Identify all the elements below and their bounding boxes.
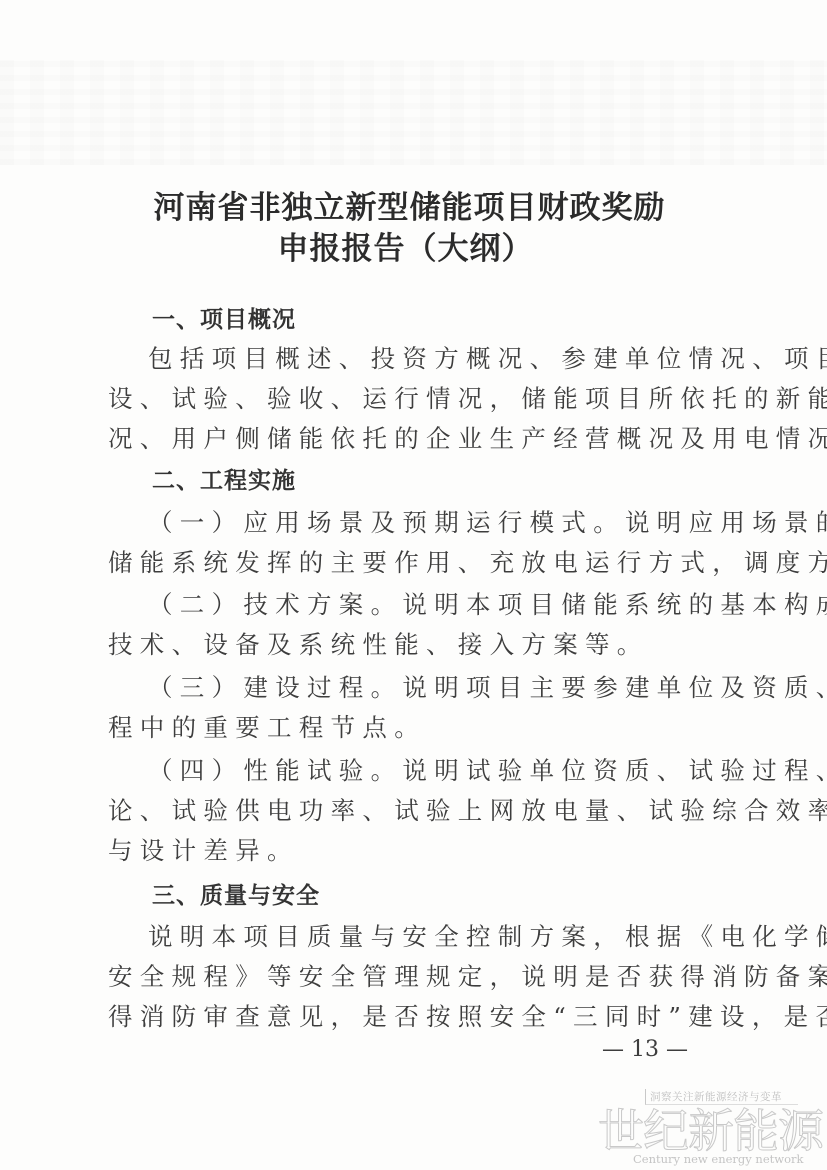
section-heading-project-overview: 一、项目概况: [152, 305, 296, 335]
section-heading-engineering: 二、工程实施: [152, 466, 296, 496]
paragraph-line: 得消防审查意见，是否按照安全“三同时”建设，是否进行安: [108, 1002, 720, 1032]
paragraph-line: 况、用户侧储能依托的企业生产经营概况及用电情况等。: [108, 424, 720, 454]
paragraph-line: 设、试验、验收、运行情况，储能项目所依托的新能源项目概: [108, 384, 720, 414]
paragraph-line: 技术、设备及系统性能、接入方案等。: [108, 630, 720, 660]
paragraph-line: （四）性能试验。说明试验单位资质、试验过程、试验结: [148, 756, 720, 786]
document-title-line-1: 河南省非独立新型储能项目财政奖励: [0, 182, 823, 227]
paragraph-line: 与设计差异。: [108, 836, 720, 866]
watermark-brand-logo: 世纪新能源网: [598, 1106, 823, 1156]
page-number: — 13 —: [600, 1037, 690, 1062]
paragraph-line: 说明本项目质量与安全控制方案，根据《电化学储能电站: [148, 922, 720, 952]
paragraph-line: 安全规程》等安全管理规定，说明是否获得消防备案文件或取: [108, 962, 720, 992]
paragraph-line: （二）技术方案。说明本项目储能系统的基本构成，关键: [148, 590, 720, 620]
paragraph-line: （三）建设过程。说明项目主要参建单位及资质、建设过: [148, 673, 720, 703]
paragraph-line: （一）应用场景及预期运行模式。说明应用场景的特点，: [148, 508, 720, 538]
document-title-line-2: 申报报告（大纲）: [0, 223, 819, 268]
scan-noise: [0, 60, 827, 165]
paragraph-line: 论、试验供电功率、试验上网放电量、试验综合效率，并分析: [108, 796, 720, 826]
section-heading-quality-safety: 三、质量与安全: [152, 881, 320, 911]
watermark-caption: 洞察关注新能源经济与变革: [645, 1089, 798, 1105]
paragraph-line: 储能系统发挥的主要作用、充放电运行方式，调度方式等。: [108, 548, 720, 578]
paragraph-line: 包括项目概述、投资方概况、参建单位情况、项目规划建: [148, 344, 720, 374]
paragraph-line: 程中的重要工程节点。: [108, 713, 720, 743]
watermark-brand-english: Century new energy network: [633, 1152, 804, 1166]
